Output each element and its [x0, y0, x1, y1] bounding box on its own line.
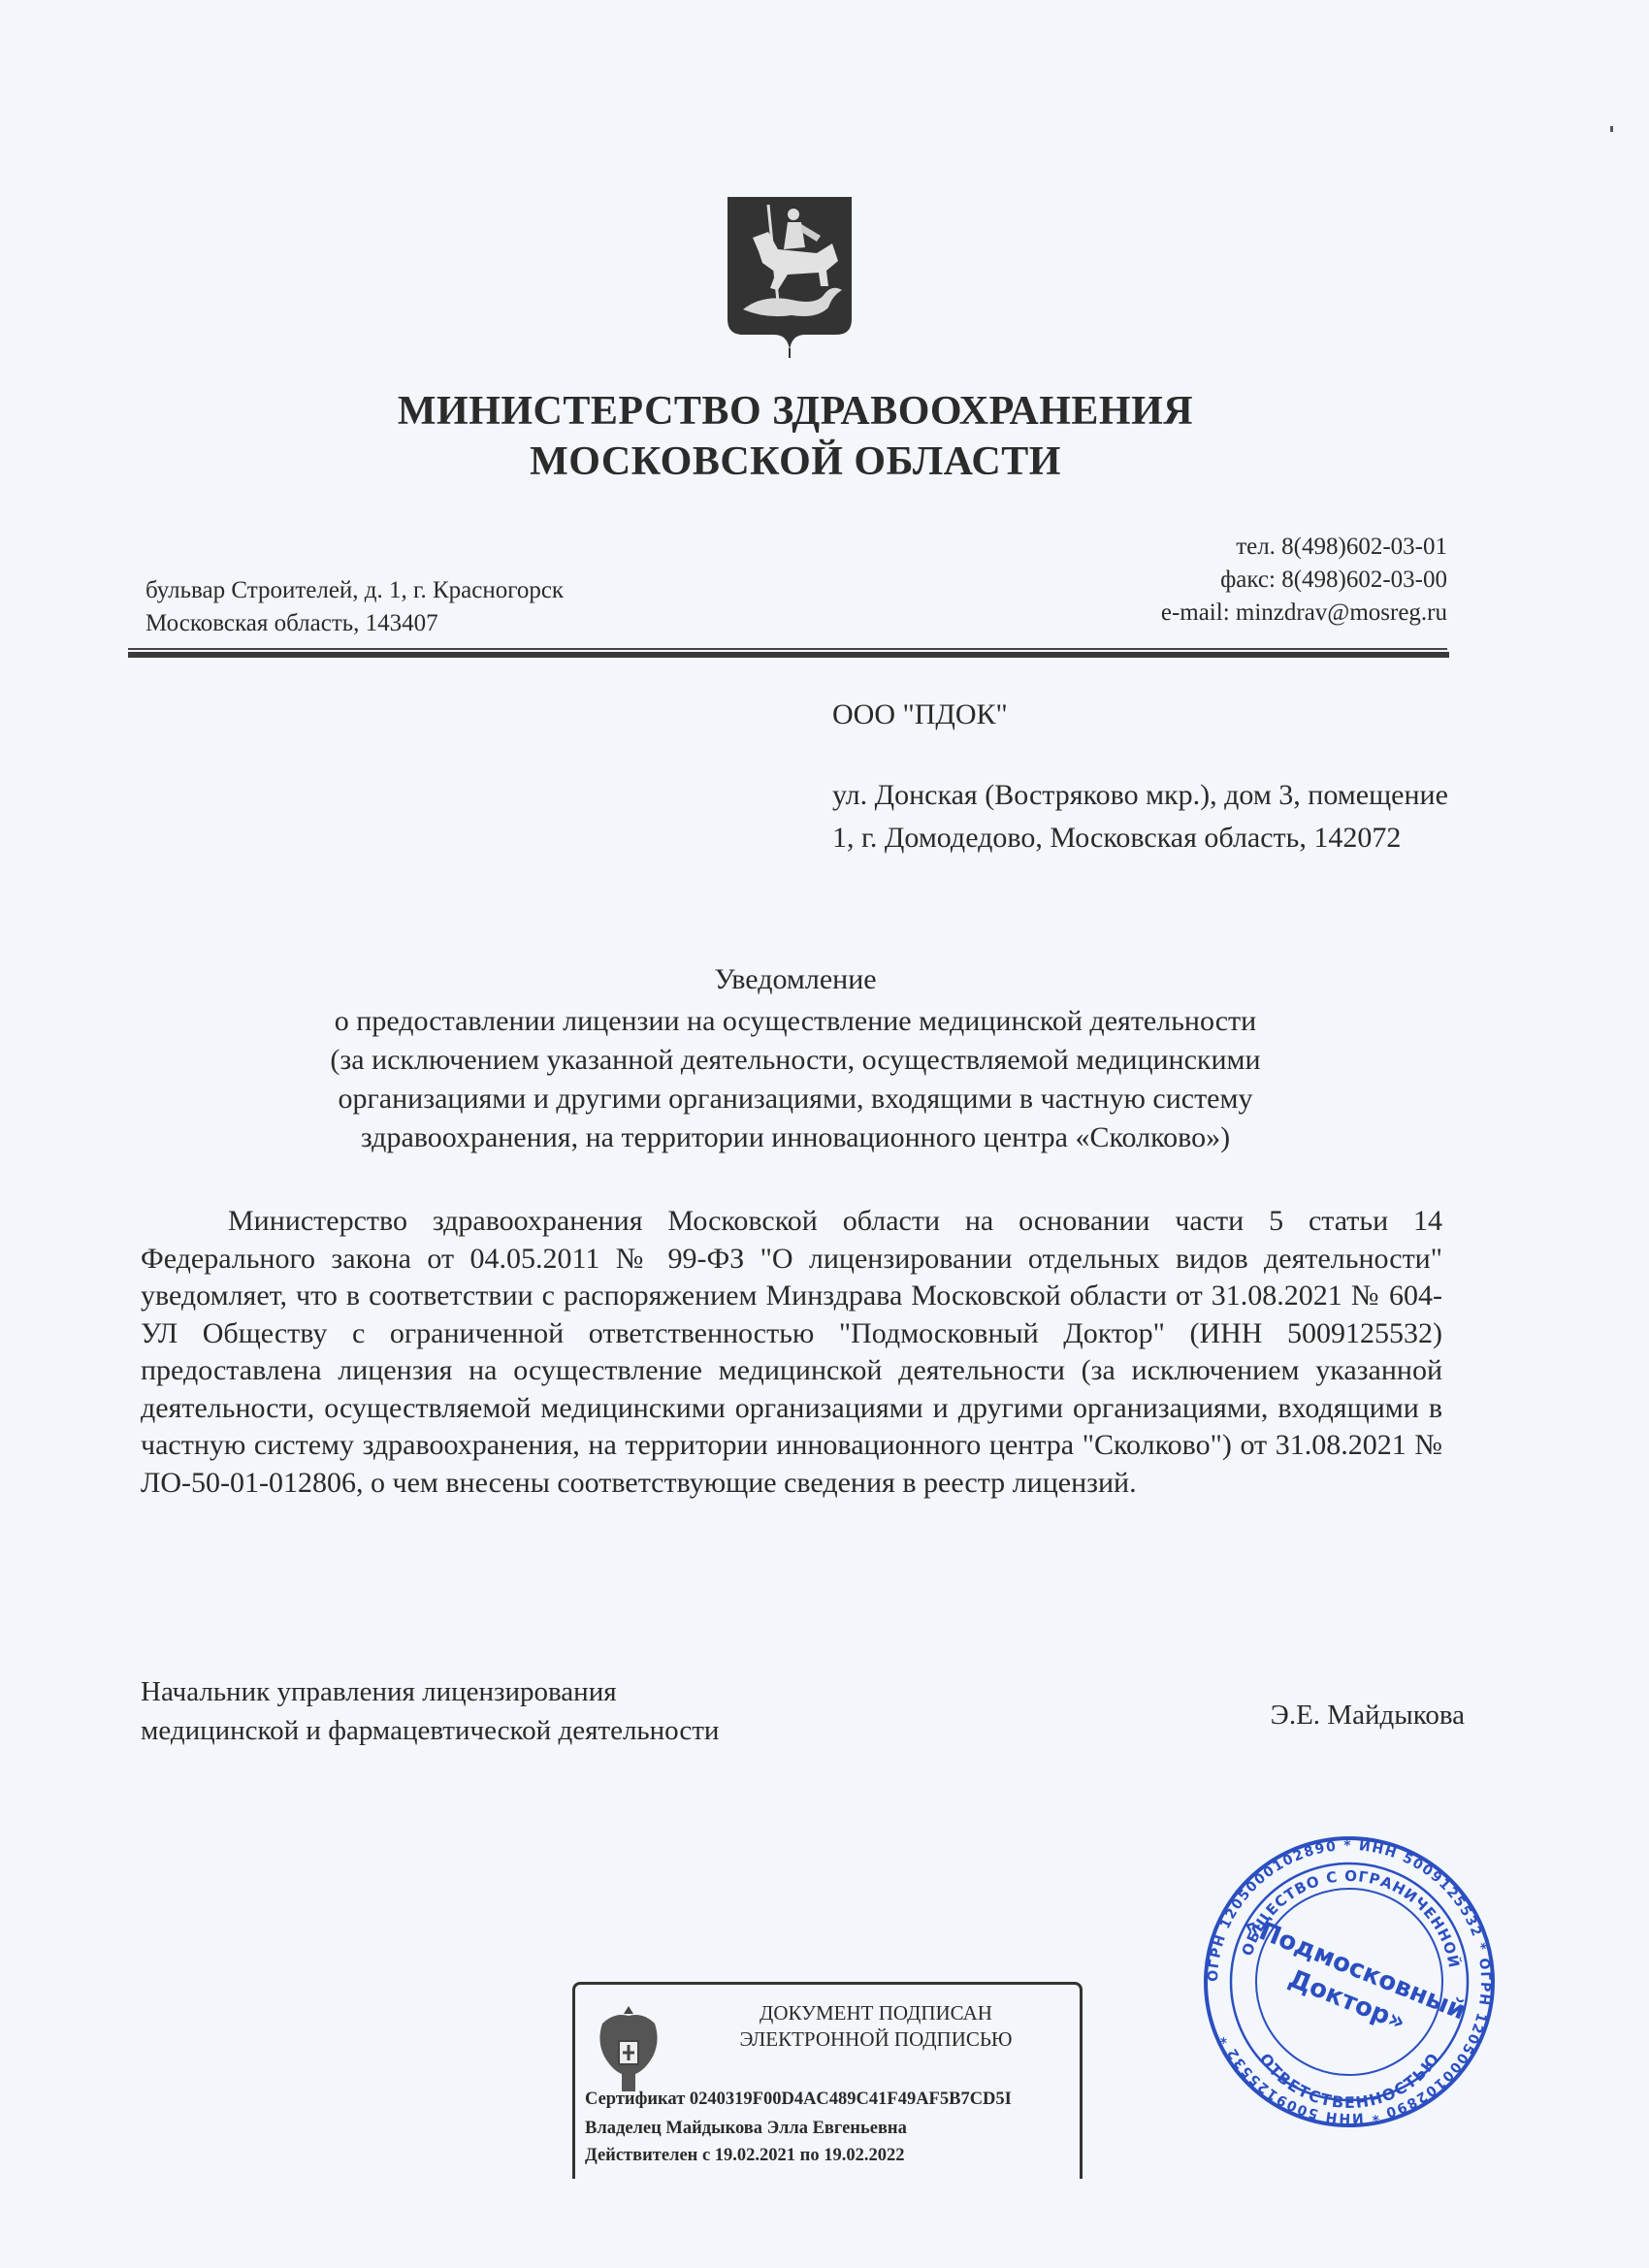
- company-seal-stamp: ОГРН 1205000102890 * ИНН 5009125532 * ОГ…: [1199, 1831, 1500, 2132]
- notice-body: Министерство здравоохранения Московской …: [141, 1203, 1442, 1502]
- esig-heading-line2: ЭЛЕКТРОННОЙ ПОДПИСЬЮ: [682, 2026, 1070, 2053]
- address-line2: Московская область, 143407: [145, 607, 564, 640]
- signatory-role: Начальник управления лицензирования меди…: [141, 1672, 719, 1750]
- header-divider-thin: [128, 648, 1447, 650]
- letter-page: МИНИСТЕРСТВО ЗДРАВООХРАНЕНИЯ МОСКОВСКОЙ …: [0, 0, 1649, 2268]
- electronic-signature-box: ДОКУМЕНТ ПОДПИСАН ЭЛЕКТРОННОЙ ПОДПИСЬЮ С…: [572, 1982, 1083, 2179]
- esig-validity: Действителен с 19.02.2021 по 19.02.2022: [585, 2146, 904, 2166]
- email: e-mail: minzdrav@mosreg.ru: [1161, 597, 1447, 630]
- address-line1: бульвар Строителей, д. 1, г. Красногорск: [145, 574, 564, 607]
- ministry-address: бульвар Строителей, д. 1, г. Красногорск…: [145, 574, 564, 640]
- scan-artifact: [1610, 126, 1613, 132]
- esig-certificate: Сертификат 0240319F00D4AC489C41F49AF5B7C…: [585, 2090, 1012, 2110]
- ministry-title: МИНИСТЕРСТВО ЗДРАВООХРАНЕНИЯ МОСКОВСКОЙ …: [0, 386, 1591, 487]
- esig-owner: Владелец Майдыкова Элла Евгеньевна: [585, 2119, 907, 2139]
- ministry-title-line2: МОСКОВСКОЙ ОБЛАСТИ: [0, 437, 1591, 487]
- coat-of-arms-icon: [724, 193, 856, 360]
- fax: факс: 8(498)602-03-00: [1161, 564, 1447, 597]
- notice-subtitle-line: здравоохранения, на территории инновацио…: [233, 1118, 1358, 1157]
- header-divider-thick: [128, 652, 1449, 658]
- ministry-title-line1: МИНИСТЕРСТВО ЗДРАВООХРАНЕНИЯ: [0, 386, 1591, 437]
- notice-subtitle-line: о предоставлении лицензии на осуществлен…: [233, 1002, 1358, 1041]
- notice-subtitle-line: (за исключением указанной деятельности, …: [233, 1041, 1358, 1080]
- signatory-role-line2: медицинской и фармацевтической деятельно…: [141, 1711, 719, 1750]
- signatory-role-line1: Начальник управления лицензирования: [141, 1672, 719, 1711]
- notice-subtitle: о предоставлении лицензии на осуществлен…: [233, 1002, 1358, 1157]
- recipient-address: ул. Донская (Востряково мкр.), дом 3, по…: [832, 774, 1453, 859]
- russian-eagle-emblem-icon: [593, 2002, 664, 2099]
- notice-subtitle-line: организациями и другими организациями, в…: [233, 1080, 1358, 1118]
- phone: тел. 8(498)602-03-01: [1161, 531, 1447, 564]
- esig-heading-line1: ДОКУМЕНТ ПОДПИСАН: [682, 2000, 1070, 2026]
- esig-heading: ДОКУМЕНТ ПОДПИСАН ЭЛЕКТРОННОЙ ПОДПИСЬЮ: [682, 2000, 1070, 2053]
- recipient-name: ООО "ПДОК": [832, 698, 1008, 731]
- signatory-name: Э.Е. Майдыкова: [1271, 1700, 1465, 1732]
- ministry-contacts: тел. 8(498)602-03-01 факс: 8(498)602-03-…: [1161, 531, 1447, 630]
- notice-title: Уведомление: [0, 963, 1591, 996]
